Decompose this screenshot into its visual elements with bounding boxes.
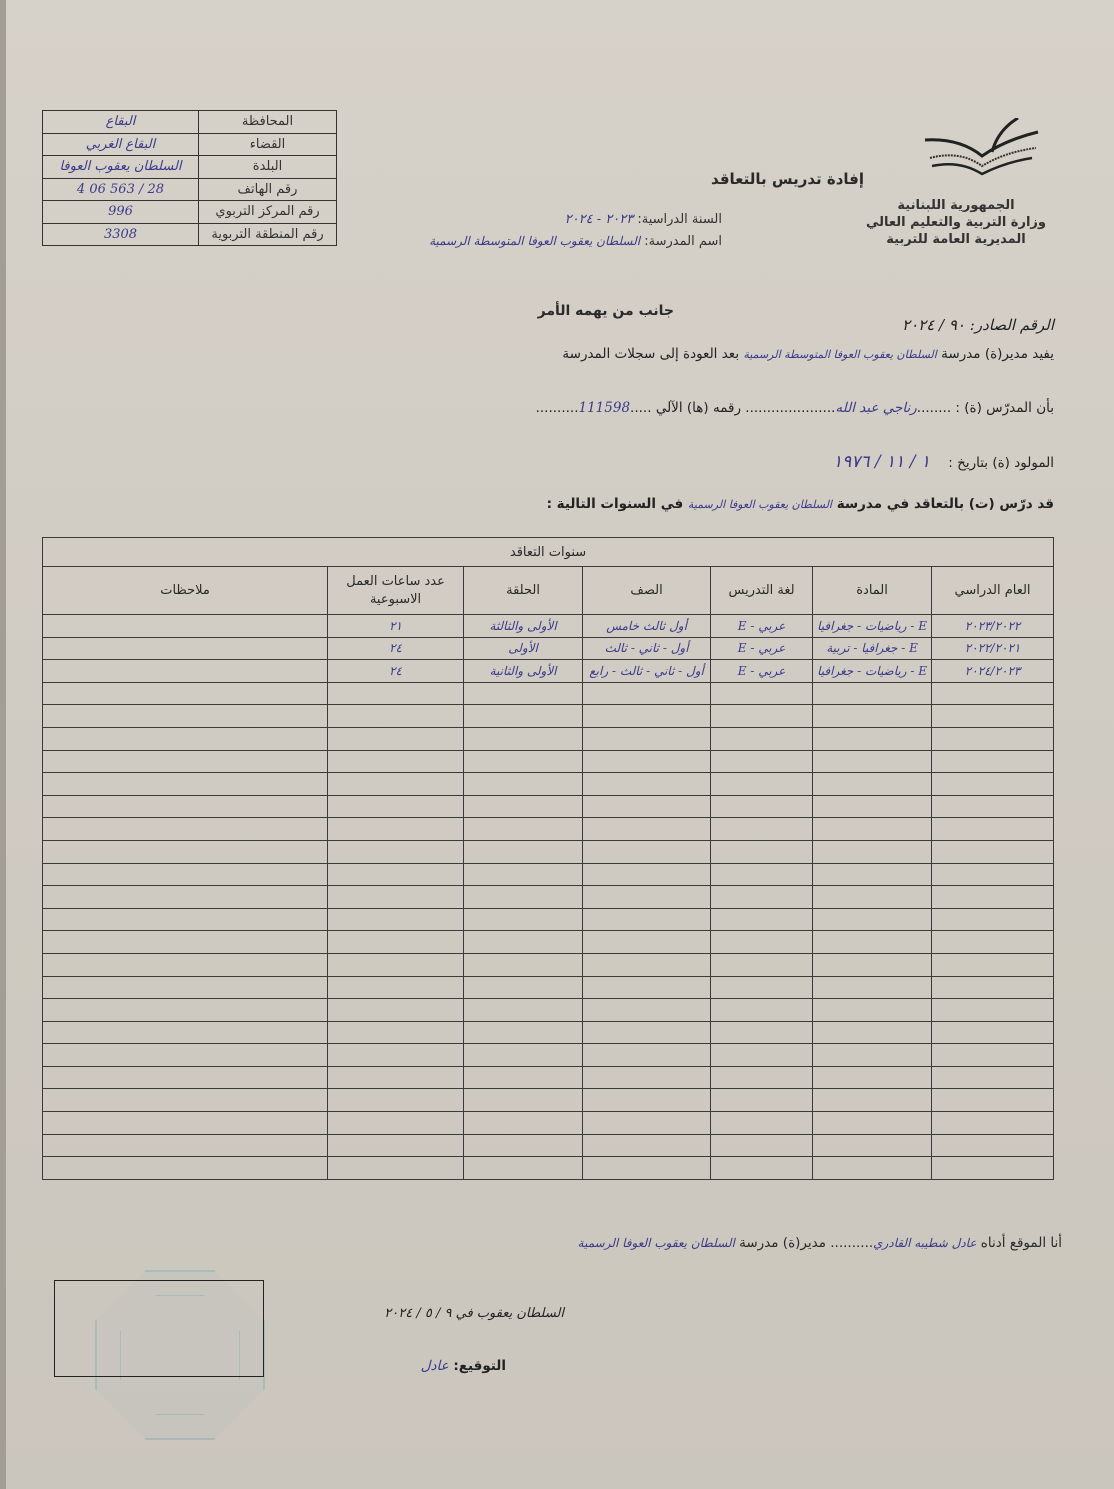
- info-label: رقم المنطقة التربوية: [199, 223, 337, 246]
- empty-cell: [43, 1157, 328, 1180]
- empty-cell: [328, 908, 464, 931]
- empty-cell: [328, 795, 464, 818]
- empty-cell: [43, 953, 328, 976]
- empty-cell: [932, 1066, 1054, 1089]
- country-name: الجمهورية اللبنانية: [866, 197, 1046, 214]
- cell-subject: E - رياضيات - جغرافيا: [813, 660, 932, 683]
- empty-cell: [43, 818, 328, 841]
- empty-cell: [711, 1044, 813, 1067]
- signature: عادل: [421, 1358, 449, 1374]
- empty-cell: [813, 727, 932, 750]
- empty-cell: [43, 1044, 328, 1067]
- empty-cell: [464, 1021, 583, 1044]
- empty-cell: [932, 953, 1054, 976]
- info-label: القضاء: [199, 133, 337, 156]
- school-year-line: السنة الدراسية: ٢٠٢٣ - ٢٠٢٤: [565, 212, 722, 227]
- empty-cell: [813, 931, 932, 954]
- empty-cell: [464, 931, 583, 954]
- empty-cell: [711, 1089, 813, 1112]
- cell-notes: [43, 660, 328, 683]
- empty-cell: [43, 1134, 328, 1157]
- director-school-name: السلطان يعقوب العوفا الرسمية: [578, 1236, 735, 1250]
- info-value: البقاع: [43, 111, 199, 134]
- info-row: المحافظة البقاع: [43, 111, 337, 134]
- empty-table-row: [43, 976, 1054, 999]
- empty-cell: [583, 999, 711, 1022]
- cell-grade: أول ثالث خامس: [583, 615, 711, 638]
- empty-cell: [932, 1021, 1054, 1044]
- empty-cell: [711, 999, 813, 1022]
- empty-cell: [464, 682, 583, 705]
- info-row: رقم الهاتف 28 / 563 06 4: [43, 178, 337, 201]
- empty-table-row: [43, 1134, 1054, 1157]
- school-info-box: المحافظة البقاعالقضاء البقاع الغربيالبلد…: [42, 110, 337, 246]
- empty-cell: [328, 1112, 464, 1135]
- paper-edge: [0, 0, 6, 1489]
- empty-cell: [813, 976, 932, 999]
- empty-cell: [43, 908, 328, 931]
- empty-cell: [328, 999, 464, 1022]
- empty-cell: [813, 705, 932, 728]
- empty-cell: [464, 1089, 583, 1112]
- column-header: العام الدراسي: [932, 567, 1054, 615]
- cell-cycle: الأولى: [464, 637, 583, 660]
- empty-cell: [711, 886, 813, 909]
- dob-value: ١ / ١١ / ١٩٧٦: [833, 452, 930, 472]
- empty-cell: [583, 1021, 711, 1044]
- empty-cell: [583, 1089, 711, 1112]
- empty-table-row: [43, 999, 1054, 1022]
- empty-cell: [583, 727, 711, 750]
- directorate-name: المديرية العامة للتربية: [866, 231, 1046, 248]
- empty-cell: [932, 818, 1054, 841]
- empty-cell: [813, 886, 932, 909]
- empty-cell: [932, 1044, 1054, 1067]
- taught-line: قد درّس (ت) بالتعاقد في مدرسة السلطان يع…: [547, 496, 1054, 512]
- empty-cell: [711, 931, 813, 954]
- info-label: البلدة: [199, 156, 337, 179]
- empty-cell: [711, 1066, 813, 1089]
- empty-table-row: [43, 773, 1054, 796]
- empty-cell: [813, 863, 932, 886]
- empty-cell: [711, 840, 813, 863]
- cell-notes: [43, 615, 328, 638]
- column-header: ملاحظات: [43, 567, 328, 615]
- empty-table-row: [43, 886, 1054, 909]
- cell-year: ٢٠٢٤/٢٠٢٣: [932, 660, 1054, 683]
- empty-cell: [583, 750, 711, 773]
- signature-line: التوقيع: عادل: [421, 1358, 506, 1374]
- info-row: البلدة السلطان يعقوب العوفا: [43, 156, 337, 179]
- cell-cycle: الأولى والثانية: [464, 660, 583, 683]
- empty-cell: [464, 818, 583, 841]
- cell-notes: [43, 637, 328, 660]
- info-value: 28 / 563 06 4: [43, 178, 199, 201]
- empty-cell: [813, 773, 932, 796]
- empty-cell: [464, 908, 583, 931]
- empty-cell: [711, 818, 813, 841]
- empty-cell: [583, 953, 711, 976]
- place-date: السلطان يعقوب في ٩ / ٥ / ٢٠٢٤: [384, 1306, 564, 1321]
- school-year-label: السنة الدراسية:: [637, 212, 722, 227]
- empty-cell: [813, 908, 932, 931]
- empty-cell: [464, 953, 583, 976]
- empty-cell: [328, 840, 464, 863]
- column-header: المادة: [813, 567, 932, 615]
- info-label: المحافظة: [199, 111, 337, 134]
- empty-cell: [583, 840, 711, 863]
- empty-table-row: [43, 863, 1054, 886]
- empty-cell: [464, 705, 583, 728]
- empty-cell: [583, 773, 711, 796]
- info-value: البقاع الغربي: [43, 133, 199, 156]
- empty-cell: [328, 705, 464, 728]
- teacher-number: 111598: [579, 400, 631, 416]
- empty-cell: [711, 1112, 813, 1135]
- school-name-value: السلطان يعقوب العوفا المتوسطة الرسمية: [429, 234, 640, 248]
- empty-cell: [711, 908, 813, 931]
- column-header: عدد ساعات العمل الاسبوعية: [328, 567, 464, 615]
- info-row: رقم المنطقة التربوية 3308: [43, 223, 337, 246]
- empty-cell: [932, 1112, 1054, 1135]
- empty-table-row: [43, 908, 1054, 931]
- empty-cell: [43, 682, 328, 705]
- empty-cell: [583, 863, 711, 886]
- empty-table-row: [43, 1089, 1054, 1112]
- empty-cell: [711, 1157, 813, 1180]
- column-header: الصف: [583, 567, 711, 615]
- cell-grade: أول - ثاني - ثالث - رابع: [583, 660, 711, 683]
- table-group-header: سنوات التعاقد: [43, 538, 1054, 567]
- empty-cell: [43, 840, 328, 863]
- empty-cell: [711, 727, 813, 750]
- teacher-name: رناجي عبد الله: [835, 400, 916, 416]
- empty-table-row: [43, 818, 1054, 841]
- empty-cell: [43, 705, 328, 728]
- table-row: ٢٠٢٢/٢٠٢١E - جغرافيا - تربيةعربي - Eأول …: [43, 637, 1054, 660]
- signer-line: أنا الموقع أدناه عادل شطيبه القادري.....…: [578, 1235, 1062, 1251]
- empty-cell: [43, 1112, 328, 1135]
- info-row: رقم المركز التربوي 996: [43, 201, 337, 224]
- info-value: السلطان يعقوب العوفا: [43, 156, 199, 179]
- info-row: القضاء البقاع الغربي: [43, 133, 337, 156]
- intro-school-name: السلطان يعقوب العوفا المتوسطة الرسمية: [743, 348, 936, 361]
- empty-cell: [583, 705, 711, 728]
- empty-cell: [711, 1134, 813, 1157]
- ministry-name: وزارة التربية والتعليم العالي: [866, 214, 1046, 231]
- empty-cell: [464, 999, 583, 1022]
- empty-cell: [932, 682, 1054, 705]
- teacher-line: بأن المدرّس (ة) : ........رناجي عبد الله…: [536, 400, 1054, 416]
- empty-cell: [813, 818, 932, 841]
- empty-cell: [43, 863, 328, 886]
- empty-cell: [711, 682, 813, 705]
- empty-cell: [328, 886, 464, 909]
- empty-cell: [583, 1157, 711, 1180]
- empty-table-row: [43, 1112, 1054, 1135]
- document-title: إفادة تدريس بالتعاقد: [711, 170, 864, 188]
- empty-cell: [813, 1157, 932, 1180]
- empty-table-row: [43, 1021, 1054, 1044]
- empty-cell: [328, 818, 464, 841]
- empty-cell: [813, 750, 932, 773]
- empty-cell: [932, 931, 1054, 954]
- info-label: رقم الهاتف: [199, 178, 337, 201]
- empty-cell: [583, 886, 711, 909]
- reference-number: الرقم الصادر: ٩٠ / ٢٠٢٤: [902, 316, 1054, 334]
- empty-table-row: [43, 1066, 1054, 1089]
- intro-line: يفيد مدير(ة) مدرسة السلطان يعقوب العوفا …: [562, 346, 1054, 362]
- cell-year: ٢٠٢٢/٢٠٢١: [932, 637, 1054, 660]
- empty-cell: [328, 727, 464, 750]
- taught-school-name: السلطان يعقوب العوفا الرسمية: [688, 498, 832, 511]
- empty-cell: [932, 886, 1054, 909]
- cell-language: عربي - E: [711, 615, 813, 638]
- cell-grade: أول - ثاني - ثالث: [583, 637, 711, 660]
- ministry-logo-icon: [920, 118, 1040, 178]
- info-value: 996: [43, 201, 199, 224]
- empty-cell: [813, 999, 932, 1022]
- empty-cell: [932, 705, 1054, 728]
- empty-cell: [813, 953, 932, 976]
- empty-cell: [813, 1066, 932, 1089]
- empty-cell: [932, 773, 1054, 796]
- empty-cell: [711, 705, 813, 728]
- empty-cell: [464, 1157, 583, 1180]
- empty-cell: [328, 976, 464, 999]
- empty-cell: [583, 931, 711, 954]
- empty-cell: [328, 953, 464, 976]
- empty-cell: [43, 750, 328, 773]
- cell-hours: ٢٤: [328, 660, 464, 683]
- empty-table-row: [43, 795, 1054, 818]
- cell-subject: E - رياضيات - جغرافيا: [813, 615, 932, 638]
- empty-table-row: [43, 682, 1054, 705]
- empty-table-row: [43, 727, 1054, 750]
- empty-table-row: [43, 953, 1054, 976]
- column-header: الحلقة: [464, 567, 583, 615]
- empty-cell: [328, 1089, 464, 1112]
- empty-cell: [932, 976, 1054, 999]
- empty-cell: [813, 840, 932, 863]
- empty-cell: [464, 840, 583, 863]
- cell-cycle: الأولى والثالثة: [464, 615, 583, 638]
- empty-cell: [932, 840, 1054, 863]
- empty-cell: [43, 795, 328, 818]
- empty-cell: [583, 1112, 711, 1135]
- empty-cell: [932, 1134, 1054, 1157]
- ministry-heading: الجمهورية اللبنانية وزارة التربية والتعل…: [866, 197, 1046, 248]
- cell-year: ٢٠٢٣/٢٠٢٢: [932, 615, 1054, 638]
- empty-cell: [328, 1021, 464, 1044]
- empty-cell: [583, 1044, 711, 1067]
- empty-cell: [711, 750, 813, 773]
- empty-cell: [464, 795, 583, 818]
- empty-cell: [464, 886, 583, 909]
- school-year-value: ٢٠٢٣ - ٢٠٢٤: [565, 212, 634, 227]
- contract-years-table: سنوات التعاقد العام الدراسيالمادةلغة الت…: [42, 537, 1054, 1180]
- empty-cell: [328, 931, 464, 954]
- empty-cell: [464, 1066, 583, 1089]
- empty-cell: [932, 795, 1054, 818]
- empty-cell: [328, 1044, 464, 1067]
- empty-cell: [43, 1066, 328, 1089]
- empty-cell: [813, 1021, 932, 1044]
- empty-cell: [464, 976, 583, 999]
- empty-cell: [711, 773, 813, 796]
- empty-cell: [813, 1044, 932, 1067]
- empty-cell: [43, 1089, 328, 1112]
- empty-cell: [813, 1112, 932, 1135]
- table-row: ٢٠٢٤/٢٠٢٣E - رياضيات - جغرافياعربي - Eأو…: [43, 660, 1054, 683]
- empty-cell: [328, 1134, 464, 1157]
- empty-cell: [43, 999, 328, 1022]
- empty-table-row: [43, 750, 1054, 773]
- empty-cell: [583, 976, 711, 999]
- empty-cell: [464, 773, 583, 796]
- empty-cell: [813, 795, 932, 818]
- empty-cell: [711, 863, 813, 886]
- empty-cell: [711, 953, 813, 976]
- empty-table-row: [43, 931, 1054, 954]
- empty-cell: [583, 795, 711, 818]
- stamp-box: [54, 1280, 264, 1377]
- empty-cell: [43, 886, 328, 909]
- signer-name: عادل شطيبه القادري: [873, 1236, 976, 1250]
- empty-cell: [464, 863, 583, 886]
- school-name-line: اسم المدرسة: السلطان يعقوب العوفا المتوس…: [342, 234, 722, 249]
- empty-cell: [932, 999, 1054, 1022]
- empty-cell: [711, 976, 813, 999]
- empty-cell: [43, 976, 328, 999]
- empty-cell: [813, 1089, 932, 1112]
- cell-language: عربي - E: [711, 637, 813, 660]
- empty-cell: [464, 1044, 583, 1067]
- school-name-label: اسم المدرسة:: [644, 234, 722, 249]
- empty-cell: [932, 1157, 1054, 1180]
- empty-cell: [583, 908, 711, 931]
- empty-cell: [328, 750, 464, 773]
- empty-cell: [328, 1066, 464, 1089]
- empty-cell: [711, 795, 813, 818]
- empty-cell: [932, 1089, 1054, 1112]
- empty-cell: [932, 750, 1054, 773]
- info-label: رقم المركز التربوي: [199, 201, 337, 224]
- empty-cell: [43, 773, 328, 796]
- empty-table-row: [43, 840, 1054, 863]
- empty-cell: [43, 727, 328, 750]
- empty-cell: [328, 1157, 464, 1180]
- table-row: ٢٠٢٣/٢٠٢٢E - رياضيات - جغرافياعربي - Eأو…: [43, 615, 1054, 638]
- empty-cell: [43, 931, 328, 954]
- empty-cell: [932, 863, 1054, 886]
- empty-cell: [328, 682, 464, 705]
- empty-cell: [813, 682, 932, 705]
- dob-line: المولود (ة) بتاريخ : ١ / ١١ / ١٩٧٦: [833, 452, 1054, 472]
- cell-hours: ٢١: [328, 615, 464, 638]
- empty-cell: [583, 1066, 711, 1089]
- info-value: 3308: [43, 223, 199, 246]
- empty-cell: [464, 1112, 583, 1135]
- empty-cell: [932, 908, 1054, 931]
- empty-cell: [583, 1134, 711, 1157]
- empty-cell: [464, 727, 583, 750]
- empty-cell: [464, 750, 583, 773]
- cell-subject: E - جغرافيا - تربية: [813, 637, 932, 660]
- column-header: لغة التدريس: [711, 567, 813, 615]
- empty-table-row: [43, 705, 1054, 728]
- cell-hours: ٢٤: [328, 637, 464, 660]
- empty-table-row: [43, 1157, 1054, 1180]
- empty-cell: [43, 1021, 328, 1044]
- empty-cell: [932, 727, 1054, 750]
- empty-cell: [813, 1134, 932, 1157]
- empty-cell: [464, 1134, 583, 1157]
- empty-cell: [583, 682, 711, 705]
- empty-cell: [711, 1021, 813, 1044]
- empty-table-row: [43, 1044, 1054, 1067]
- cell-language: عربي - E: [711, 660, 813, 683]
- to-whom-it-may-concern: جانب من يهمه الأمر: [538, 303, 674, 319]
- empty-cell: [328, 863, 464, 886]
- empty-cell: [328, 773, 464, 796]
- empty-cell: [583, 818, 711, 841]
